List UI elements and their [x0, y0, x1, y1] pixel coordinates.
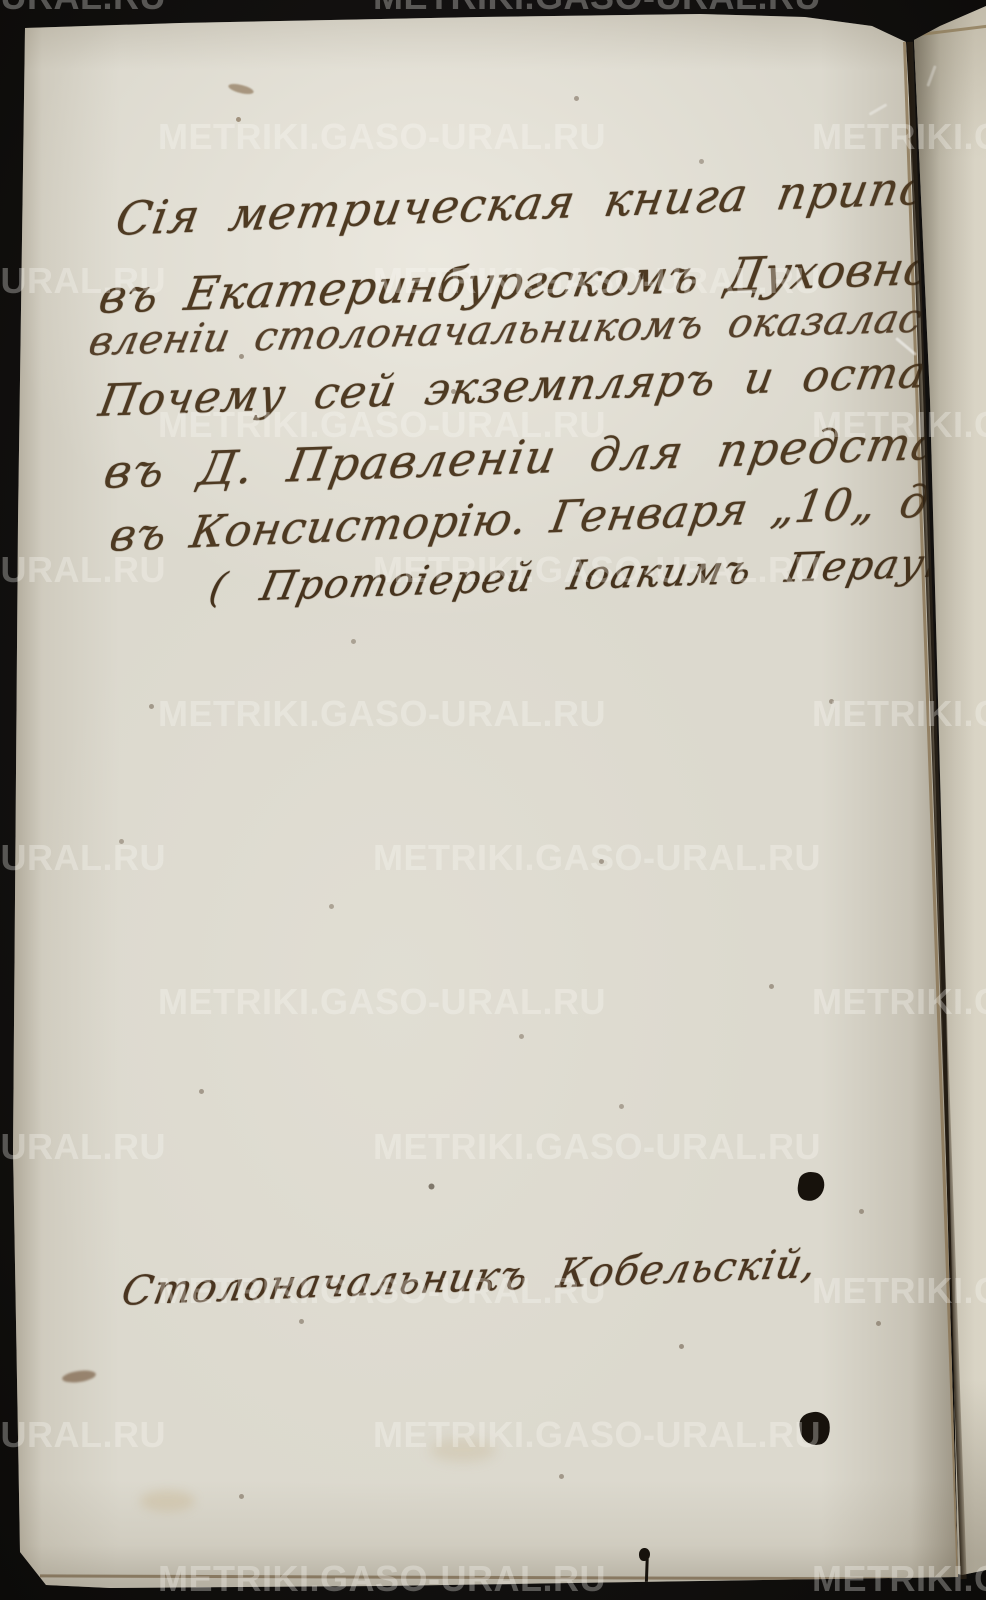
ink-drip-bottom — [639, 1548, 650, 1561]
brown-smudge — [61, 1369, 96, 1385]
page-bottom-edge — [40, 1574, 956, 1580]
manuscript-page: Сія метрическая книга приповѣрк въ Екате… — [0, 0, 986, 1600]
watermark-text: METRIKI.GASO-URAL.RU — [0, 0, 166, 12]
handwriting-line-1: Сія метрическая книга приповѣрк — [112, 155, 986, 246]
scanned-manuscript-photo: Сія метрическая книга приповѣрк въ Екате… — [0, 0, 986, 1600]
watermark-row: METRIKI.GASO-URAL.RUMETRIKI.GASO-URAL.RU — [0, 0, 986, 12]
clerk-signature-line: Столоначальникъ Кобельскій, — [118, 1241, 821, 1315]
ink-blot-upper — [796, 1170, 827, 1203]
paper-stain-2 — [430, 1438, 496, 1462]
watermark-text: METRIKI.GASO-URAL.RU — [373, 0, 821, 12]
ink-blot-lower — [798, 1410, 832, 1447]
crease-highlight-2 — [869, 103, 888, 116]
paper-stain — [140, 1490, 195, 1512]
foxing-speckles — [0, 0, 3, 3]
brown-fleck-top — [227, 82, 254, 96]
